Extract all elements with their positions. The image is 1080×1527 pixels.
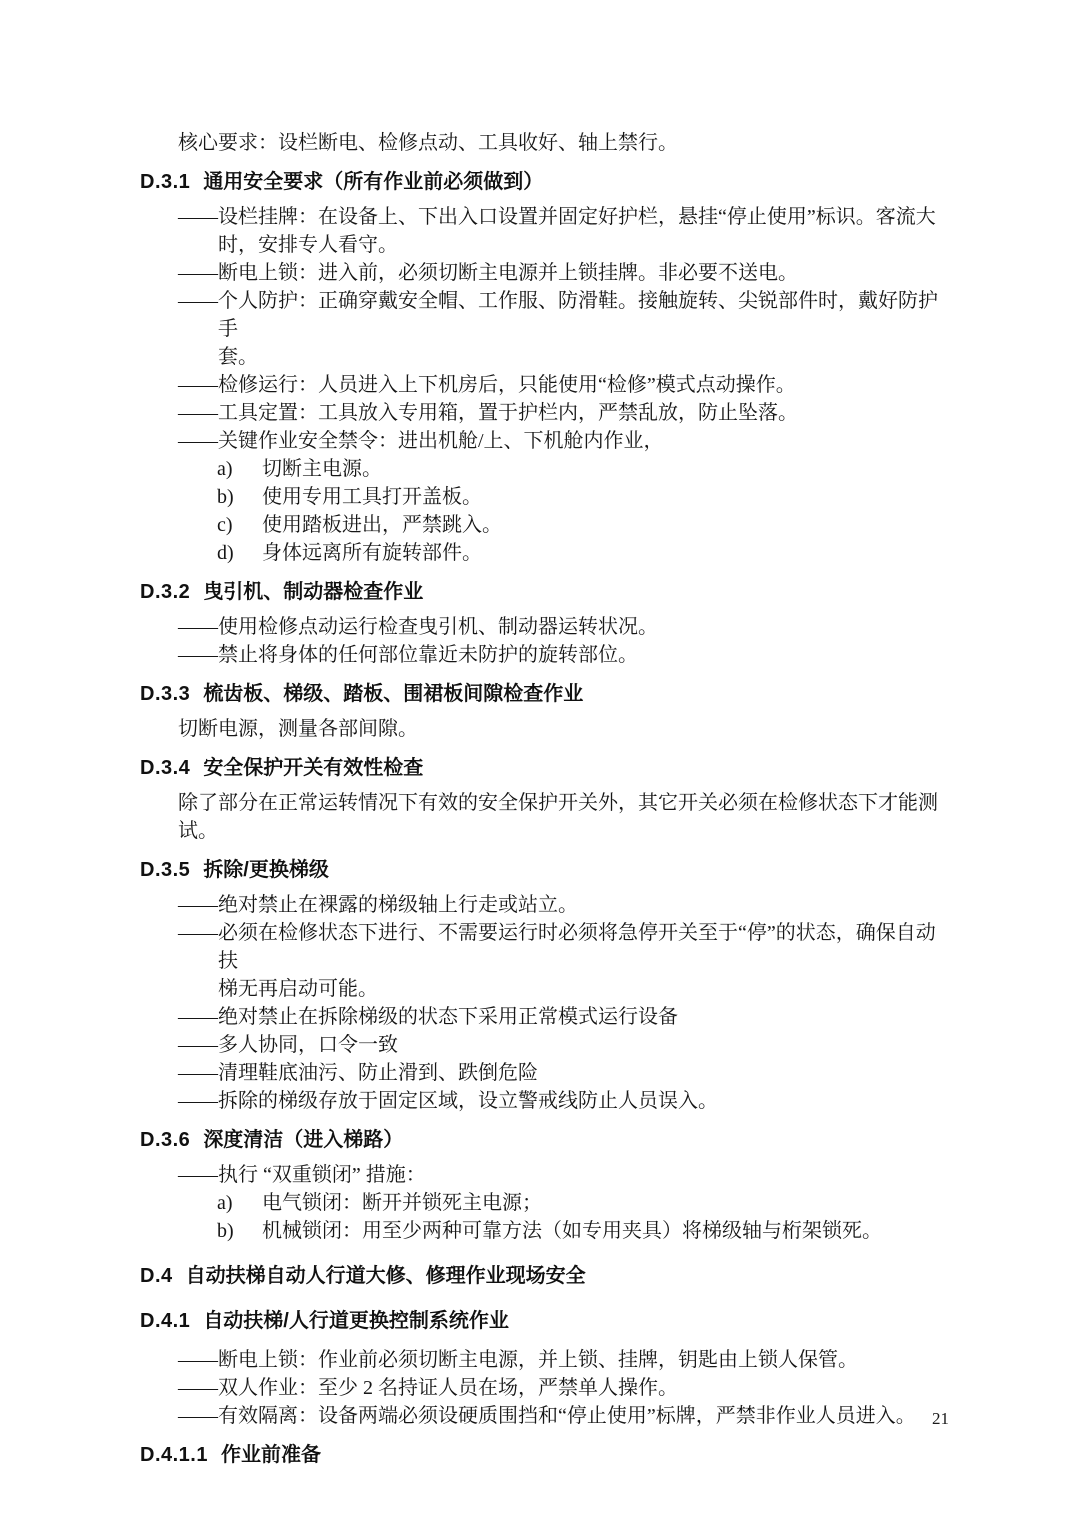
dash-list-item: ——断电上锁：进入前，必须切断主电源并上锁挂牌。非必要不送电。 [178, 259, 942, 287]
section-heading: D.3.1通用安全要求（所有作业前必须做到） [140, 168, 942, 196]
heading-title: 拆除/更换梯级 [203, 856, 329, 884]
heading-title: 深度清洁（进入梯路） [203, 1126, 403, 1154]
list-item-text: 电气锁闭：断开并锁死主电源； [262, 1189, 942, 1217]
letter-list-item: a)切断主电源。 [217, 455, 942, 483]
letter-list-item: b)机械锁闭：用至少两种可靠方法（如专用夹具）将梯级轴与桁架锁死。 [217, 1217, 942, 1245]
list-marker: a) [217, 455, 262, 483]
dash-list-item: ——工具定置：工具放入专用箱，置于护栏内，严禁乱放，防止坠落。 [178, 399, 942, 427]
heading-number: D.3.1 [140, 168, 190, 196]
heading-title: 自动扶梯/人行道更换控制系统作业 [203, 1307, 509, 1335]
dash-list-item: ——有效隔离：设备两端必须设硬质围挡和“停止使用”标牌，严禁非作业人员进入。 [178, 1402, 942, 1430]
section-heading: D.3.5拆除/更换梯级 [140, 856, 942, 884]
letter-list-item: a)电气锁闭：断开并锁死主电源； [217, 1189, 942, 1217]
dash-list-item: ——检修运行：人员进入上下机房后，只能使用“检修”模式点动操作。 [178, 371, 942, 399]
list-item-text: 使用踏板进出，严禁跳入。 [262, 511, 942, 539]
document-content: 核心要求：设栏断电、检修点动、工具收好、轴上禁行。D.3.1通用安全要求（所有作… [0, 129, 1080, 1476]
dash-list-item: ——断电上锁：作业前必须切断主电源，并上锁、挂牌，钥匙由上锁人保管。 [178, 1346, 942, 1374]
heading-number: D.4.1 [140, 1307, 190, 1335]
page-number: 21 [932, 1408, 949, 1430]
dash-list-item: ——关键作业安全禁令：进出机舱/上、下机舱内作业， [178, 427, 942, 455]
heading-number: D.3.2 [140, 578, 190, 606]
section-heading: D.4自动扶梯自动人行道大修、修理作业现场安全 [140, 1262, 942, 1290]
dash-list-item: ——使用检修点动运行检查曳引机、制动器运转状况。 [178, 613, 942, 641]
dash-list-item: ——个人防护：正确穿戴安全帽、工作服、防滑鞋。接触旋转、尖锐部件时，戴好防护手 … [178, 287, 942, 371]
dash-list-item: ——拆除的梯级存放于固定区域，设立警戒线防止人员误入。 [178, 1087, 942, 1115]
list-marker: c) [217, 511, 262, 539]
heading-number: D.3.4 [140, 754, 190, 782]
section-heading: D.3.2曳引机、制动器检查作业 [140, 578, 942, 606]
section-heading: D.3.6深度清洁（进入梯路） [140, 1126, 942, 1154]
list-item-text: 使用专用工具打开盖板。 [262, 483, 942, 511]
heading-title: 自动扶梯自动人行道大修、修理作业现场安全 [186, 1262, 586, 1290]
dash-list-item: ——双人作业：至少 2 名持证人员在场，严禁单人操作。 [178, 1374, 942, 1402]
letter-list-item: b)使用专用工具打开盖板。 [217, 483, 942, 511]
body-paragraph: 除了部分在正常运转情况下有效的安全保护开关外，其它开关必须在检修状态下才能测试。 [178, 789, 942, 845]
dash-list-item: ——绝对禁止在拆除梯级的状态下采用正常模式运行设备 [178, 1003, 942, 1031]
section-heading: D.4.1自动扶梯/人行道更换控制系统作业 [140, 1307, 942, 1335]
heading-title: 安全保护开关有效性检查 [203, 754, 423, 782]
body-paragraph: 核心要求：设栏断电、检修点动、工具收好、轴上禁行。 [178, 129, 942, 157]
list-marker: b) [217, 483, 262, 511]
list-marker: a) [217, 1189, 262, 1217]
heading-number: D.3.5 [140, 856, 190, 884]
section-heading: D.3.4安全保护开关有效性检查 [140, 754, 942, 782]
list-marker: d) [217, 539, 262, 567]
heading-title: 通用安全要求（所有作业前必须做到） [203, 168, 543, 196]
heading-title: 曳引机、制动器检查作业 [203, 578, 423, 606]
dash-list-item: ——执行 “双重锁闭” 措施： [178, 1161, 942, 1189]
dash-list-item: ——必须在检修状态下进行、不需要运行时必须将急停开关至于“停”的状态，确保自动扶… [178, 919, 942, 1003]
list-item-text: 身体远离所有旋转部件。 [262, 539, 942, 567]
heading-number: D.4 [140, 1262, 173, 1290]
list-item-text: 切断主电源。 [262, 455, 942, 483]
letter-list-item: d)身体远离所有旋转部件。 [217, 539, 942, 567]
dash-list-item: ——绝对禁止在裸露的梯级轴上行走或站立。 [178, 891, 942, 919]
heading-number: D.3.6 [140, 1126, 190, 1154]
heading-title: 梳齿板、梯级、踏板、围裙板间隙检查作业 [203, 680, 583, 708]
list-marker: b) [217, 1217, 262, 1245]
dash-list-item: ——多人协同，口令一致 [178, 1031, 942, 1059]
dash-list-item: ——禁止将身体的任何部位靠近未防护的旋转部位。 [178, 641, 942, 669]
section-heading: D.4.1.1作业前准备 [140, 1441, 942, 1469]
heading-number: D.4.1.1 [140, 1441, 208, 1469]
section-heading: D.3.3梳齿板、梯级、踏板、围裙板间隙检查作业 [140, 680, 942, 708]
body-paragraph: 切断电源，测量各部间隙。 [178, 715, 942, 743]
heading-number: D.3.3 [140, 680, 190, 708]
document-page: 核心要求：设栏断电、检修点动、工具收好、轴上禁行。D.3.1通用安全要求（所有作… [0, 0, 1080, 1527]
heading-title: 作业前准备 [221, 1441, 321, 1469]
dash-list-item: ——设栏挂牌：在设备上、下出入口设置并固定好护栏，悬挂“停止使用”标识。客流大 … [178, 203, 942, 259]
letter-list-item: c)使用踏板进出，严禁跳入。 [217, 511, 942, 539]
list-item-text: 机械锁闭：用至少两种可靠方法（如专用夹具）将梯级轴与桁架锁死。 [262, 1217, 942, 1245]
dash-list-item: ——清理鞋底油污、防止滑到、跌倒危险 [178, 1059, 942, 1087]
